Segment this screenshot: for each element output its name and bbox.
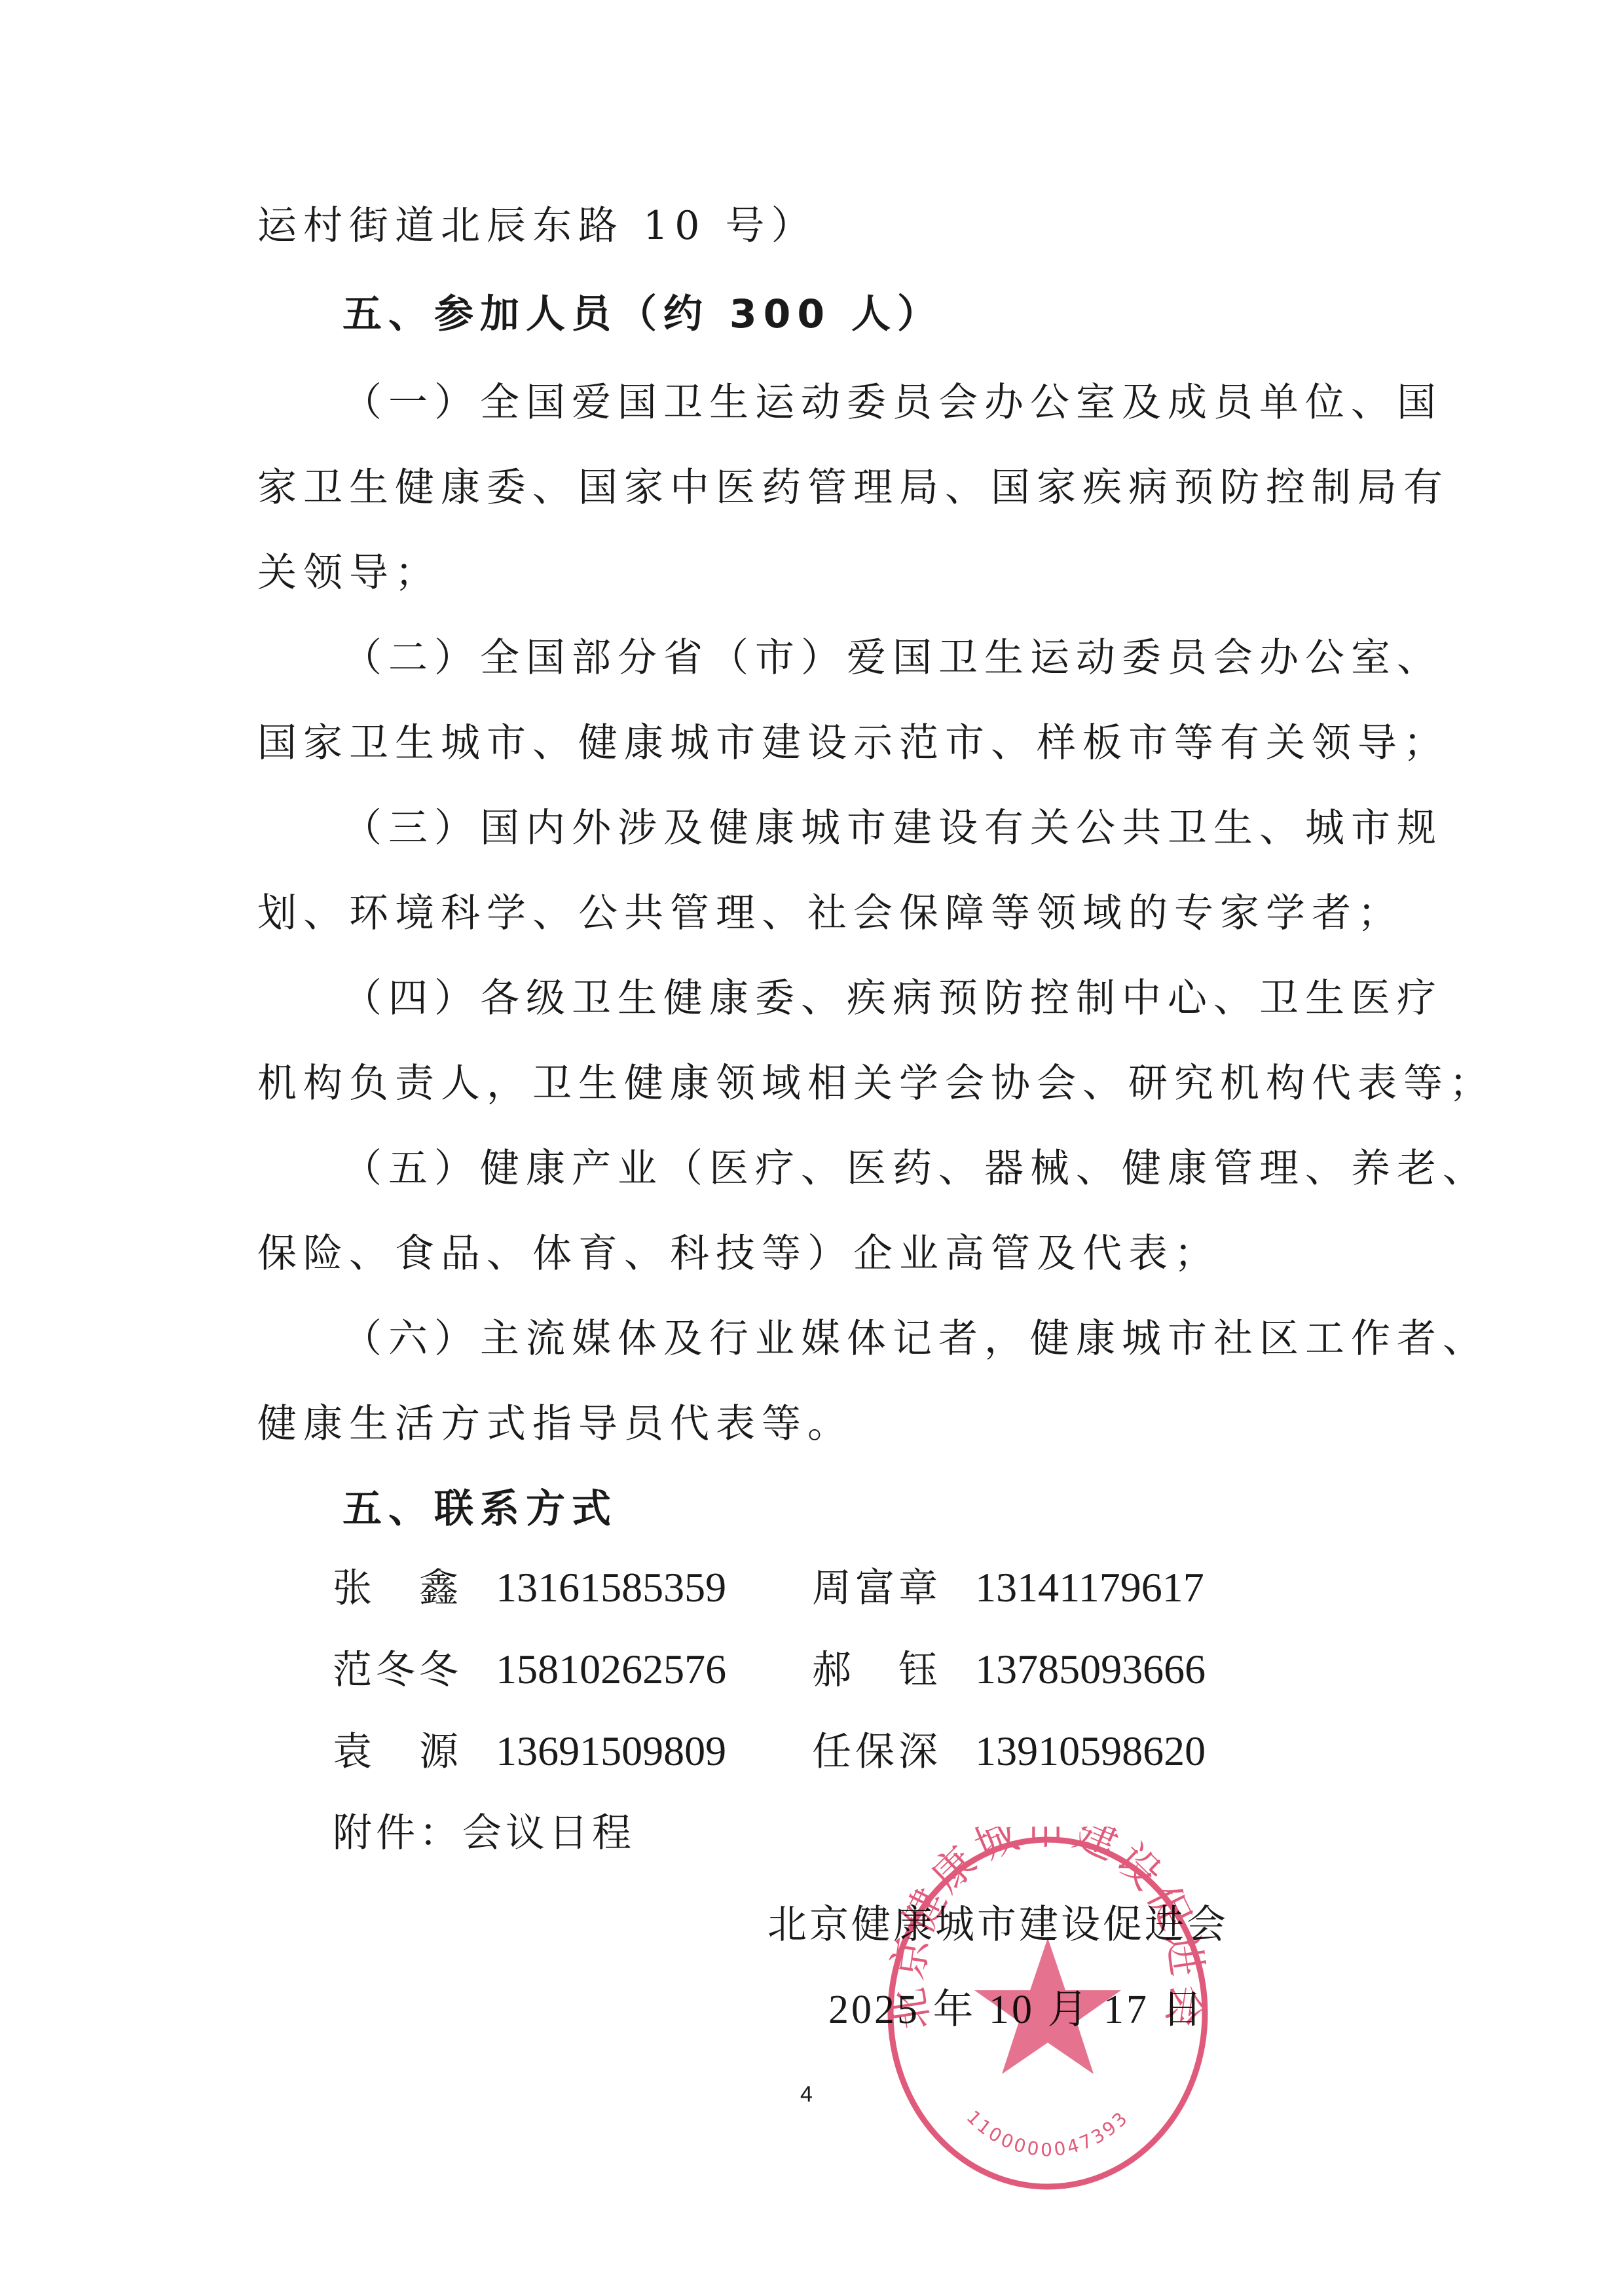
body-line-address-cont: 运村街道北辰东路 10 号） — [257, 200, 817, 252]
contact-name: 袁 源 — [333, 1726, 483, 1778]
participant-item-3-cont: 划、环境科学、公共管理、社会保障等领域的专家学者； — [257, 887, 1403, 939]
participant-item-1: （一）全国爱国卫生运动委员会办公室及成员单位、国 — [342, 376, 1443, 429]
contact-phone: 13910598620 — [975, 1728, 1206, 1774]
participant-item-2: （二）全国部分省（市）爱国卫生运动委员会办公室、 — [342, 632, 1443, 684]
svg-text:1100000047393: 1100000047393 — [963, 2106, 1134, 2160]
contact-name: 周富章 — [812, 1562, 963, 1614]
contact-name: 范冬冬 — [333, 1644, 483, 1696]
contact-name: 郝 钰 — [812, 1644, 963, 1696]
signature-organization: 北京健康城市建设促进会 — [767, 1899, 1228, 1951]
contact-entry: 范冬冬 15810262576 — [333, 1643, 726, 1696]
section-heading-contacts: 五、联系方式 — [342, 1483, 618, 1535]
participant-item-5-cont: 保险、食品、体育、科技等）企业高管及代表； — [257, 1228, 1220, 1280]
attachment-line: 附件：会议日程 — [333, 1807, 635, 1859]
participant-item-3: （三）国内外涉及健康城市建设有关公共卫生、城市规 — [342, 802, 1443, 854]
contact-name: 任保深 — [812, 1726, 963, 1778]
contact-entry: 袁 源 13691509809 — [333, 1725, 726, 1778]
participant-item-5: （五）健康产业（医疗、医药、器械、健康管理、养老、 — [342, 1142, 1488, 1195]
contact-entry: 任保深 13910598620 — [812, 1725, 1206, 1778]
page-number: 4 — [800, 2082, 813, 2107]
contact-phone: 13141179617 — [975, 1564, 1204, 1611]
contact-name: 张 鑫 — [333, 1562, 483, 1614]
contact-entry: 周富章 13141179617 — [812, 1561, 1204, 1614]
participant-item-6-cont: 健康生活方式指导员代表等。 — [257, 1398, 853, 1450]
contact-phone: 13691509809 — [496, 1728, 726, 1774]
participant-item-1-cont: 家卫生健康委、国家中医药管理局、国家疾病预防控制局有 — [257, 462, 1449, 514]
section-heading-participants: 五、参加人员（约 300 人） — [342, 288, 943, 340]
contact-entry: 郝 钰 13785093666 — [812, 1643, 1206, 1696]
participant-item-4-cont: 机构负责人，卫生健康领域相关学会协会、研究机构代表等； — [257, 1057, 1495, 1110]
participant-item-6: （六）主流媒体及行业媒体记者，健康城市社区工作者、 — [342, 1313, 1488, 1365]
contact-phone: 13785093666 — [975, 1646, 1206, 1692]
participant-item-2-cont: 国家卫生城市、健康城市建设示范市、样板市等有关领导； — [257, 717, 1449, 769]
participant-item-1-cont: 关领导； — [257, 547, 441, 599]
participant-item-4: （四）各级卫生健康委、疾病预防控制中心、卫生医疗 — [342, 972, 1443, 1025]
contact-phone: 13161585359 — [496, 1564, 726, 1611]
document-page: 运村街道北辰东路 10 号） 五、参加人员（约 300 人） （一）全国爱国卫生… — [0, 0, 1624, 2296]
signature-date: 2025 年 10 月 17 日 — [828, 1984, 1206, 2036]
contact-entry: 张 鑫 13161585359 — [333, 1561, 726, 1614]
contact-phone: 15810262576 — [496, 1646, 726, 1692]
